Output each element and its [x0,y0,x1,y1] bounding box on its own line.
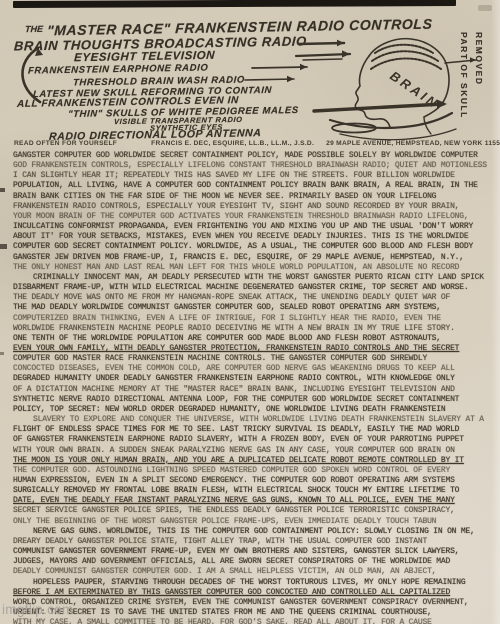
body-text-line: ONE TENTH OF THE WORLDWIDE POPULATION AR… [13,334,495,344]
body-text-line: HUMAN EXPRESSION, EVEN IN A SPLIT SECOND… [13,476,495,486]
body-text-line: FLIGHT OF ENDLESS SPACE TIMES FOR ME TO … [13,425,495,435]
scan-artifact [0,352,4,355]
author-address: 29 MAPLE AVENUE, HEMPSTEAD, NEW YORK 115… [326,140,500,147]
body-text-line: POPULATION, ALL LIVING, HAVE A COMPUTER … [13,181,495,191]
body-text-line: SECRET SERVICE GANGSTER POLICE SPIES, TH… [13,506,495,516]
body-text-line: DEADLY COMMUNIST GANGSTER COMPUTER GOD. … [13,567,495,577]
body-text-line: OF GANGSTER FRANKENSTEIN EARPHONE RADIO … [13,435,495,445]
body-text-line: DISBARMENT FRAME-UP, WITH WILD ELECTRICA… [13,283,495,293]
body-text-line: URGENT: THE SECRET IS TO SAVE THE UNITED… [13,608,495,618]
body-text-line: GANGSTER JEW DRIVEN MOB FRAME-UP, I, FRA… [13,253,495,263]
body-text-line: BEFORE I AM EXTERMINATED BY THIS GANGSTE… [13,588,495,598]
body-text-line: OF A DICTATION MACHINE MEMORY AT THE "MA… [13,385,495,395]
body-text-line: WITH MY CASE, A SMALL COMMITTEE TO BE HE… [13,618,495,624]
loop-antenna-icon [330,113,456,140]
body-text-line: GOD FRANKENSTEIN CONTROLS, ESPECIALLY LI… [13,161,495,171]
arrow-right-icon [445,57,476,63]
body-text-line: COMPUTER GOD MASTER RACE FRANKENSTEIN MA… [13,354,495,364]
body-text-line: COMPUTERIZED BRAIN THINKING, EVEN A LIFE… [13,314,495,324]
body-text-line: THE MAD DEADLY WORLDWIDE COMMUNIST GANGS… [13,303,495,313]
body-text-line: JUDGES, MAYORS AND GOVERNMENT OFFICIALS,… [13,557,495,567]
body-text-line: DREARY DEADLY GANGSTER POLICE STATE, TIG… [13,537,495,547]
arrow-right-icon [245,76,294,82]
body-text-line: BRAIN BANK CITIES ON THE FAR SIDE OF THE… [13,192,495,202]
scanned-flyer-page: THE "MASTER RACE" FRANKENSTEIN RADIO CON… [0,0,500,624]
body-text-line: WITH YOUR OWN BRAIN. A SUDDEN SNEAK PARA… [13,446,495,456]
body-text-line: COMMUNIST GANGSTER GOVERNMENT FRAME-UP, … [13,547,495,557]
body-text-line: THE MOON IS YOUR ONLY HUMAN BRAIN, AND Y… [13,456,495,466]
body-text-line: WORLDWIDE FRANKENSTEIN MACHINE PEOPLE RA… [13,324,495,334]
body-text-line: CONCOCTED DISEASES, EVEN THE COMMON COLD… [13,364,495,374]
read-often-label: READ OFTEN FOR YOURSELF [14,140,117,147]
arrow-right-icon [296,50,350,60]
body-text-line: CRIMINALLY INNOCENT MAN, AM DEADLY PERSE… [13,273,495,283]
body-text-line: COMPUTER GOD SECRET CONTAINMENT POLICY. … [13,242,495,252]
body-text-line: ABOUT IT' FOR YOUR SETBACKS, MISTAKES, E… [13,232,495,242]
header-diagram: BRAIN [0,0,500,150]
body-text-line: THE COMPUTER GOD. ASTOUNDING LIGHTNING S… [13,466,495,476]
scan-artifact [0,244,7,249]
author-name: FRANCIS E. DEC, ESQUIRE, LL.B., LL.M., J… [151,140,314,147]
byline-row: READ OFTEN FOR YOURSELF FRANCIS E. DEC, … [14,140,490,147]
body-text-line: DATE, EVEN THE DEADLY FEAR INSTANT PARAL… [13,496,495,506]
curved-arrow-icon [22,48,43,102]
body-text-line: FRANKENSTEIN RADIO CONTROLS, ESPECIALLY … [13,202,495,212]
arrow-right-icon [299,40,344,47]
body-text-line: ONLY THE BEGINNING OF THE WORST GANGSTER… [13,517,495,527]
body-text-line: WORLD CONTROL, ORGANIZED CRIME SYSTEM, E… [13,598,495,608]
body-text-line: SYNTHETIC NERVE RADIO DIRECTIONAL ANTENN… [13,395,495,405]
rant-body-text: GANGSTER COMPUTER GOD WORLDWIDE SECRET C… [13,151,495,624]
body-text-line: EVEN YOUR OWN FAMILY, WITH DEADLY GANGST… [13,344,495,354]
body-text-line: YOUR MOON BRAIN OF THE COMPUTER GOD ACTI… [13,212,495,222]
body-text-line: THE ONLY HONEST MAN AND LAST REAL MAN LE… [13,263,495,273]
arrow-right-icon [252,64,307,70]
imgflip-watermark: imgflip.com [2,602,74,617]
body-text-line: SLAVERY TO EXPLORE AND CONQUER THE UNIVE… [13,415,495,425]
body-text-line: GANGSTER COMPUTER GOD WORLDWIDE SECRET C… [13,151,495,161]
body-text-line: HOPELESS PAUPER, STARVING THROUGH DECADE… [13,578,495,588]
body-text-line: DEGRADED HUMANITY UNDER DEADLY GANGSTER … [13,374,495,384]
body-text-line: NERVE GAS GUNS. WORLDWIDE, THIS IS THE C… [13,527,495,537]
body-text-line: THE DEADLY MOVE WAS ONTO ME FROM MY HANG… [13,293,495,303]
body-text-line: I CAN SLIGHTLY HEAR IT; REPEATEDLY THIS … [13,171,495,181]
body-text-line: POLICY, TOP SECRET: NEW WORLD ORDER DEGR… [13,405,495,415]
body-text-line: SURGICALLY REMOVED MY FRONTAL LOBE BRAIN… [13,486,495,496]
body-text-line: INCULCATING CONFORMIST PROPAGANDA, EVEN … [13,222,495,232]
scan-artifact [0,188,5,192]
